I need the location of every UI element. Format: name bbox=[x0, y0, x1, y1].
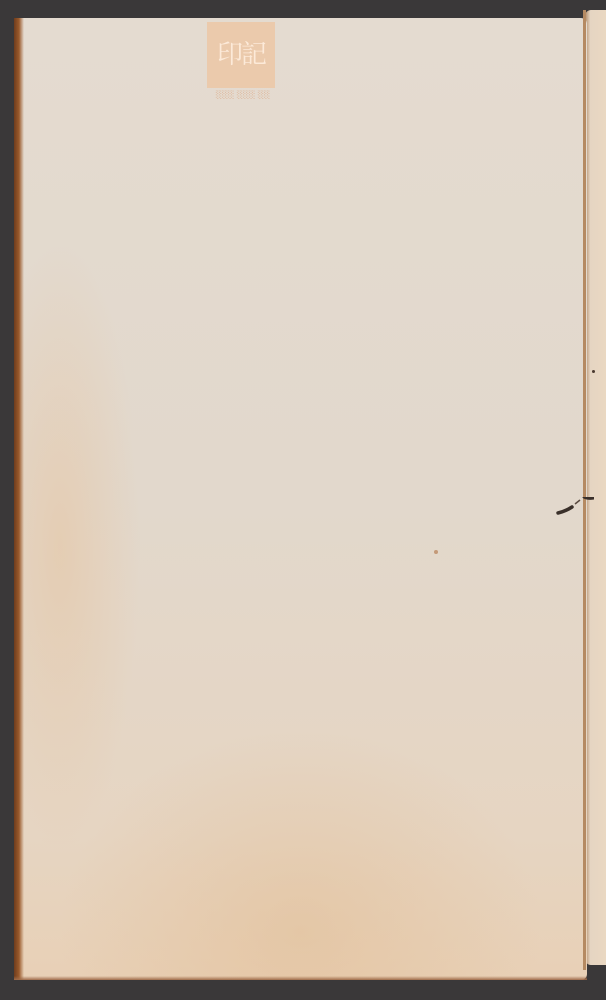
adjacent-page-edge bbox=[585, 10, 606, 965]
seal-stamp: 印記 bbox=[207, 22, 275, 88]
binding-thread-mark bbox=[556, 497, 594, 517]
book-page bbox=[14, 18, 587, 980]
page-bottom-edge bbox=[14, 976, 587, 980]
paper-spot bbox=[434, 550, 438, 554]
seal-caption: ░░░ ░░░ ░░ bbox=[205, 90, 281, 100]
seal-glyphs: 印記 bbox=[217, 40, 265, 70]
paper-spot bbox=[592, 370, 595, 373]
gutter-fold bbox=[583, 10, 586, 970]
page-left-edge-stain bbox=[14, 18, 24, 980]
